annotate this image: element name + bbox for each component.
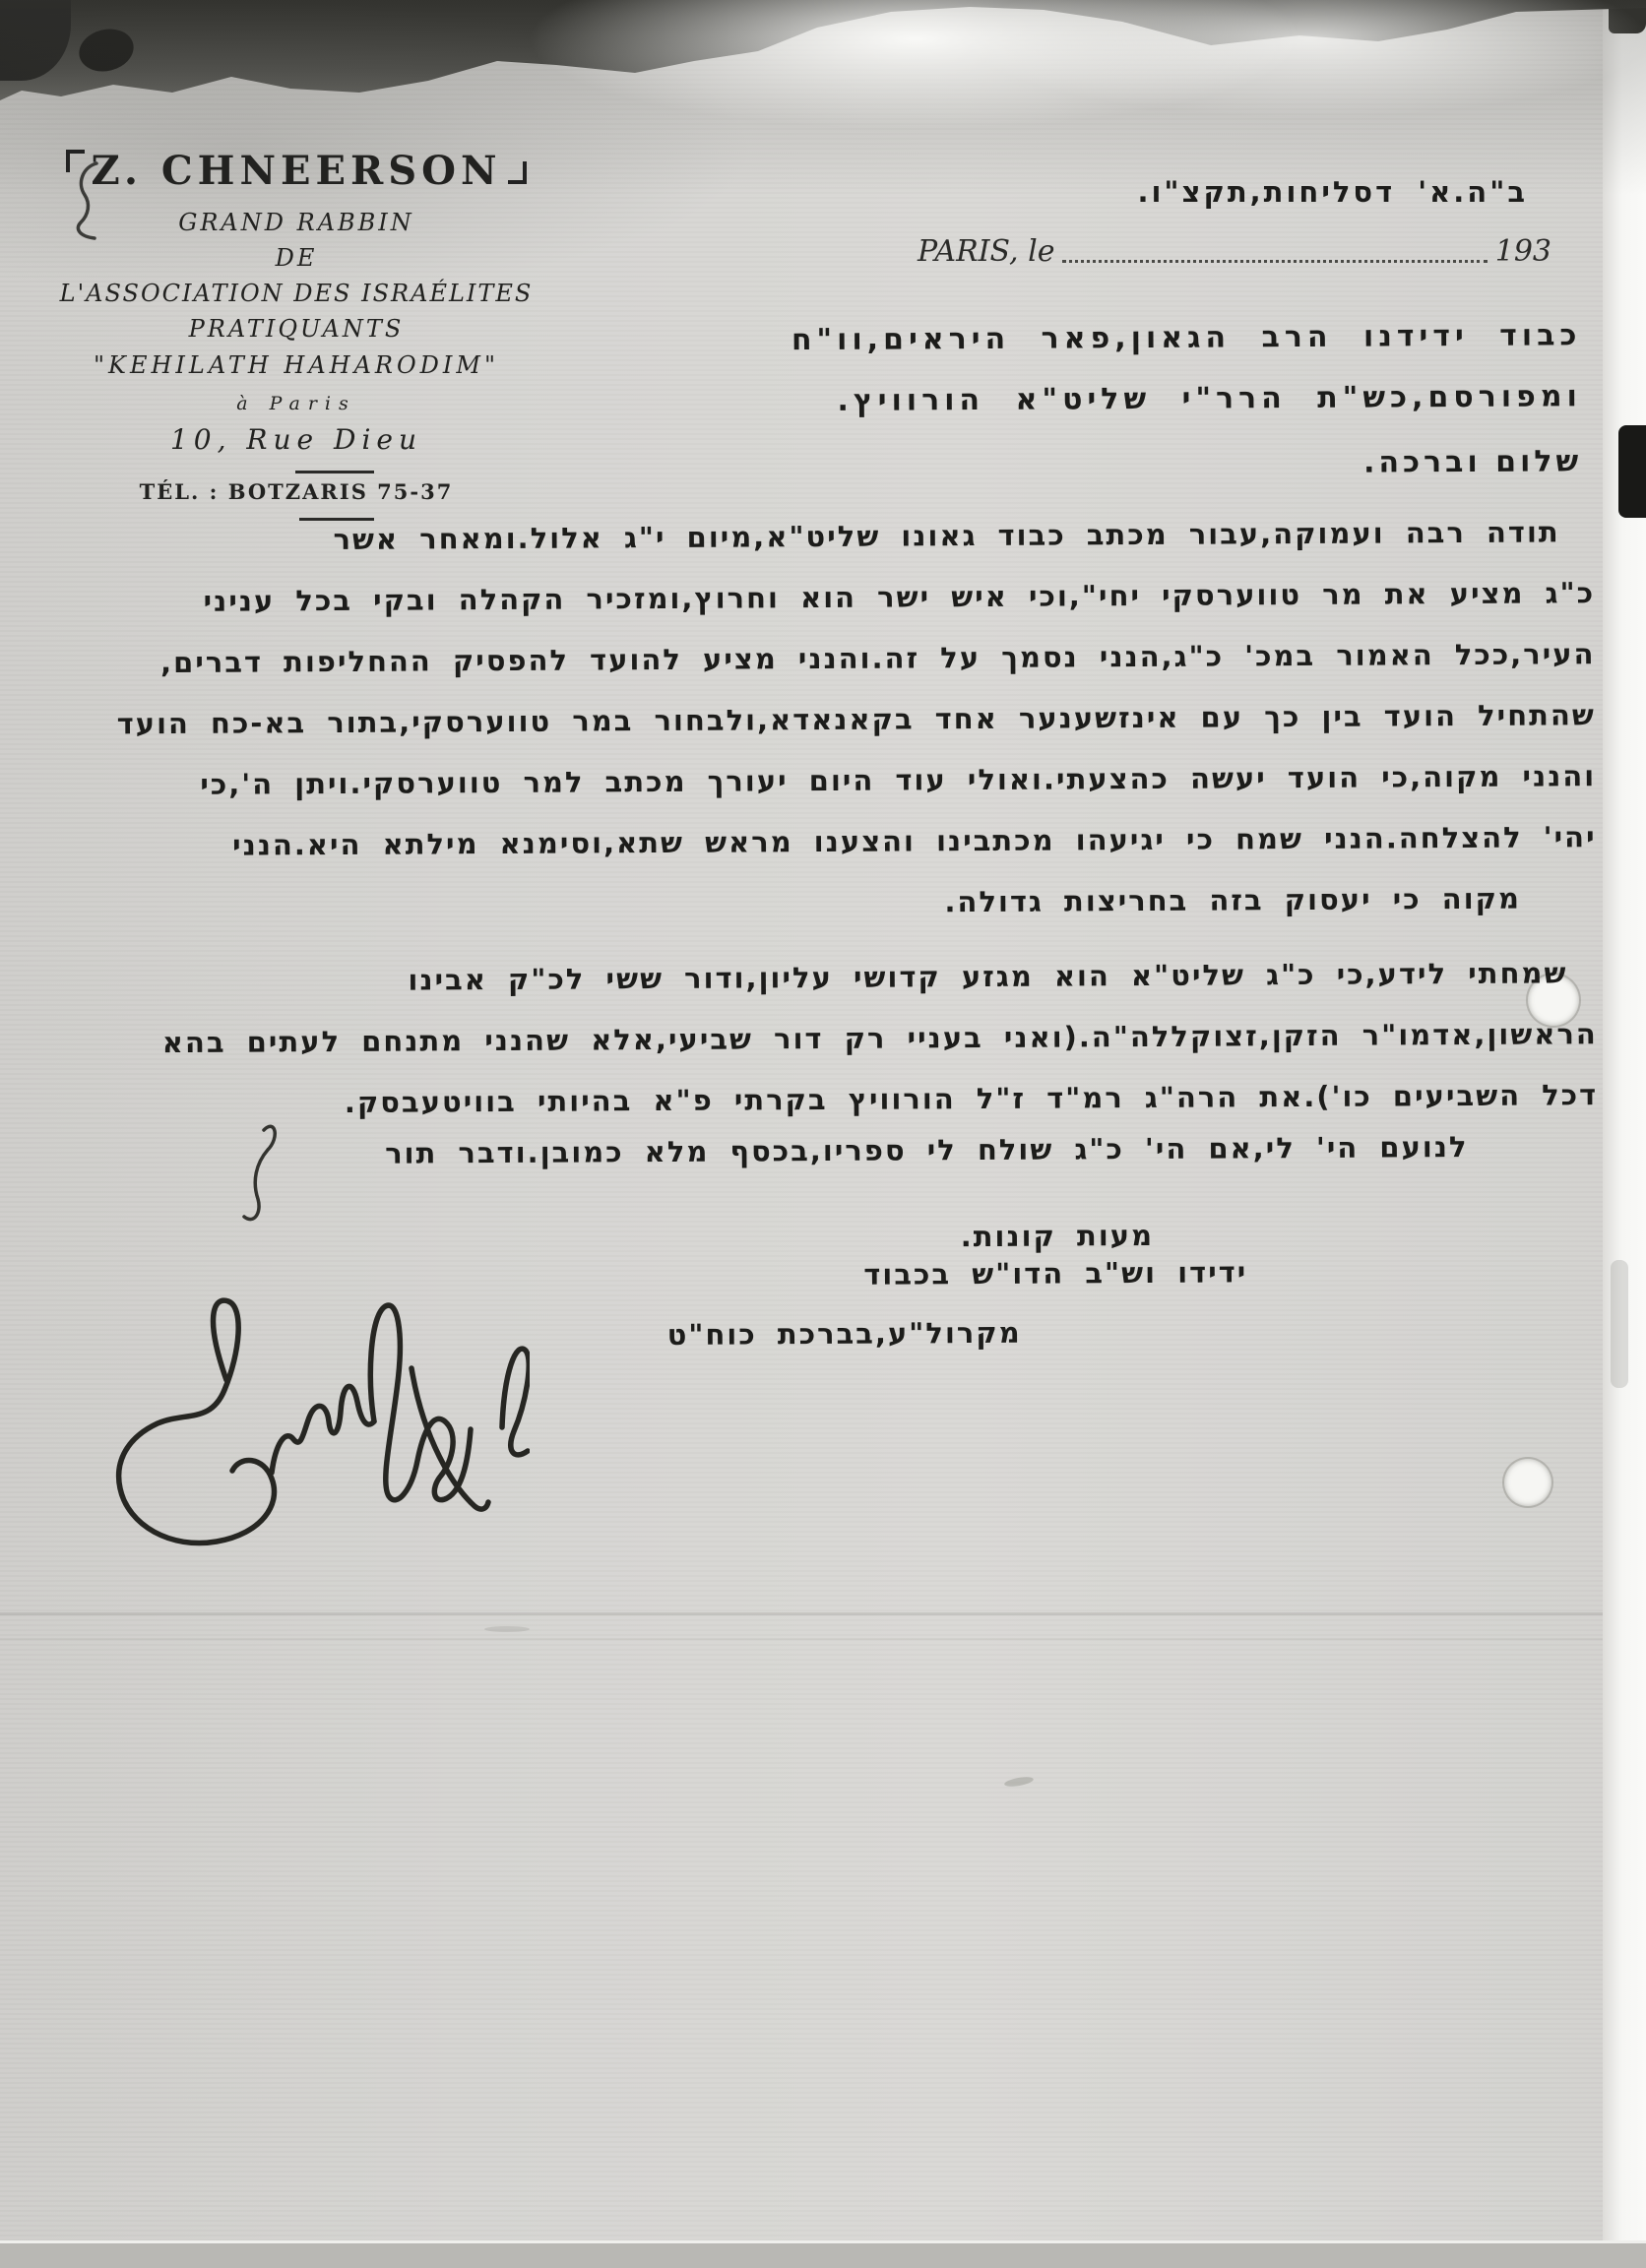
body-line: והנני מקוה,כי הועד יעשה כהצעתי.ואולי עוד… bbox=[200, 759, 1596, 801]
body-line: הראשון,אדמו"ר הזקן,זצוקללה"ה.(ואני בעניי… bbox=[162, 1017, 1598, 1059]
recipient-line-2: ומפורסם,כש"ת הרר"י שליט"א הורוויץ. bbox=[837, 379, 1582, 418]
body-line: לנועם הי' לי,אם הי' כ"ג שולח לי ספריו,בכ… bbox=[385, 1130, 1469, 1170]
greeting-line: שלום וברכה. bbox=[1363, 444, 1582, 479]
body-line: העיר,ככל האמור במכ' כ"ג,הנני נסמך על זה.… bbox=[160, 637, 1596, 679]
body-line: מעות קונות. bbox=[961, 1219, 1155, 1253]
closing-line-1: ידידו וש"ב הדו"ש בכבוד bbox=[863, 1255, 1247, 1291]
body-line: יהי' להצלחה.הנני שמח כי יגיעהו מכתבינו ו… bbox=[232, 820, 1597, 861]
signature-scrawl bbox=[77, 1262, 530, 1552]
body-line: שמחתי לידע,כי כ"ג שליט"א הוא מגזע קדושי … bbox=[408, 956, 1567, 996]
body-line: דכל השביעים כו').את הרה"ג רמ"ד ז"ל הורוו… bbox=[345, 1078, 1599, 1119]
body-line: שהתחיל הועד בין כך עם אינזשענער אחד בקאנ… bbox=[117, 698, 1596, 740]
handwritten-squiggle bbox=[234, 1120, 284, 1230]
scanned-letter-page: Z. CHNEERSON GRAND RABBIN DE L'ASSOCIATI… bbox=[0, 0, 1646, 2268]
body-line: כ"ג מציע את מר טווערסקי יחי",וכי איש ישר… bbox=[203, 576, 1595, 618]
recipient-line-1: כבוד ידידנו הרב הגאון,פאר היראים,וו"ח bbox=[791, 318, 1582, 357]
closing-line-2: מקרול"ע,בברכת כוח"ט bbox=[667, 1316, 1022, 1352]
body-line: תודה רבה ועמוקה,עבור מכתב כבוד גאונו שלי… bbox=[333, 515, 1559, 556]
body-line: מקוה כי יעסוק בזה בחריצות גדולה. bbox=[944, 882, 1521, 919]
